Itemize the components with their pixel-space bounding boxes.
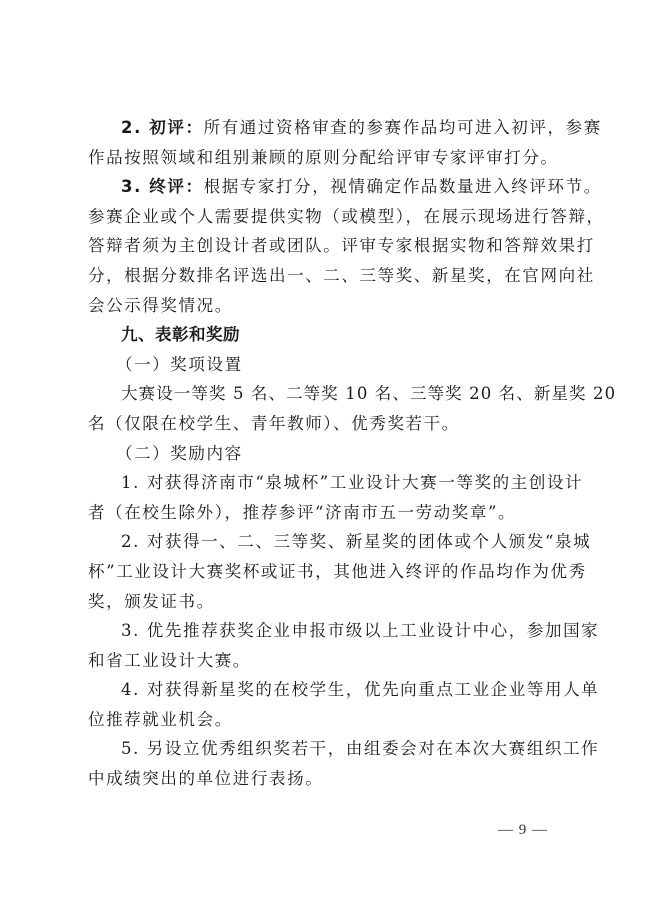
award-item-2-line-2: 杯”工业设计大赛奖杯或证书，其他进入终评的作品均作为优秀 <box>88 557 572 587</box>
award-item-1-line-1: 1. 对获得济南市“泉城杯”工业设计大赛一等奖的主创设计 <box>88 468 572 498</box>
page-number: — 9 — <box>498 822 548 839</box>
award-item-3-line-1: 3. 优先推荐获奖企业申报市级以上工业设计中心，参加国家 <box>88 616 572 646</box>
subsection-award-content-title: （二）奖励内容 <box>88 439 572 469</box>
paragraph-initial-review-line-1: 2. 初评：所有通过资格审查的参赛作品均可进入初评，参赛 <box>88 113 572 143</box>
award-item-2-line-1: 2. 对获得一、二、三等奖、新星奖的团体或个人颁发“泉城 <box>88 527 572 557</box>
paragraph-final-review-line-5: 会公示得奖情况。 <box>88 291 572 321</box>
initial-review-lead: 2. 初评： <box>121 118 204 137</box>
section-heading-awards: 九、表彰和奖励 <box>88 320 572 350</box>
paragraph-final-review-line-1: 3. 终评：根据专家打分，视情确定作品数量进入终评环节。 <box>88 172 572 202</box>
award-settings-line-2: 名（仅限在校学生、青年教师）、优秀奖若干。 <box>88 409 572 439</box>
award-item-5-line-1: 5. 另设立优秀组织奖若干，由组委会对在本次大赛组织工作 <box>88 734 572 764</box>
award-item-5-line-2: 中成绩突出的单位进行表扬。 <box>88 764 572 794</box>
paragraph-final-review-line-2: 参赛企业或个人需要提供实物（或模型），在展示现场进行答辩， <box>88 202 572 232</box>
paragraph-final-review-line-4: 分，根据分数排名评选出一、二、三等奖、新星奖，在官网向社 <box>88 261 572 291</box>
subsection-award-settings-title: （一）奖项设置 <box>88 350 572 380</box>
paragraph-final-review-line-3: 答辩者须为主创设计者或团队。评审专家根据实物和答辩效果打 <box>88 231 572 261</box>
award-settings-line-1: 大赛设一等奖 5 名、二等奖 10 名、三等奖 20 名、新星奖 20 <box>88 379 572 409</box>
document-page: 2. 初评：所有通过资格审查的参赛作品均可进入初评，参赛 作品按照领域和组别兼顾… <box>0 0 650 919</box>
award-item-3-line-2: 和省工业设计大赛。 <box>88 646 572 676</box>
final-review-lead: 3. 终评： <box>121 177 204 196</box>
document-body: 2. 初评：所有通过资格审查的参赛作品均可进入初评，参赛 作品按照领域和组别兼顾… <box>88 113 572 794</box>
award-item-4-line-2: 位推荐就业机会。 <box>88 705 572 735</box>
paragraph-initial-review-line-2: 作品按照领域和组别兼顾的原则分配给评审专家评审打分。 <box>88 143 572 173</box>
award-item-4-line-1: 4. 对获得新星奖的在校学生，优先向重点工业企业等用人单 <box>88 675 572 705</box>
award-item-2-line-3: 奖，颁发证书。 <box>88 587 572 617</box>
award-item-1-line-2: 者（在校生除外），推荐参评“济南市五一劳动奖章”。 <box>88 498 572 528</box>
